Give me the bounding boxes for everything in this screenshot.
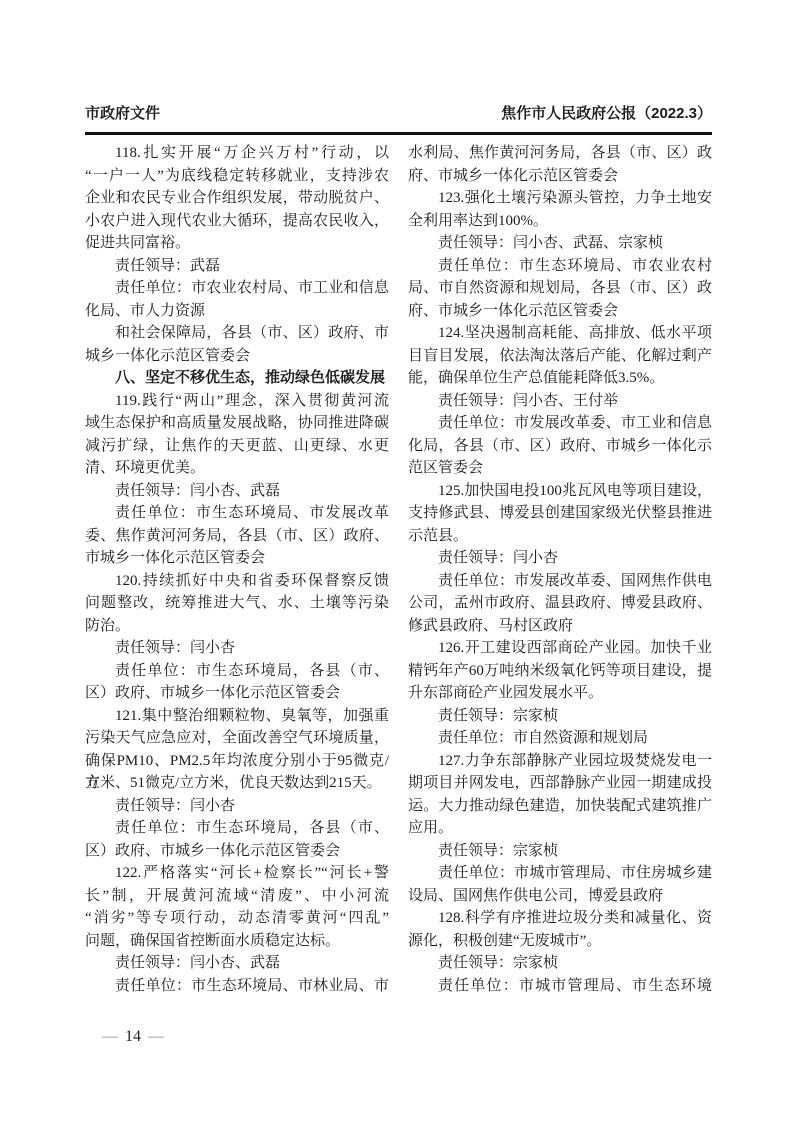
body-text-line: 市城乡一体化示范区管委会 — [85, 547, 389, 570]
body-text-line: 府、市城乡一体化示范区管委会 — [408, 165, 712, 188]
body-text-line: 能，确保单位生产总值能耗降低3.5%。 — [408, 367, 712, 390]
body-text-line: 121.集中整治细颗粒物、臭氧等，加强重 — [85, 705, 389, 728]
body-text-line: 减污扩绿，让焦作的天更蓝、山更绿、水更 — [85, 435, 389, 458]
page-content: 市政府文件 焦作市人民政府公报（2022.3） 118.扎实开展“万企兴万村”行… — [85, 104, 712, 997]
left-column: 118.扎实开展“万企兴万村”行动，以“一户一人”为底线稳定转移就业，支持涉农企… — [85, 142, 389, 997]
body-text-line: 化局、市人力资源 — [85, 300, 389, 323]
body-text-line: 责任领导：闫小杏 — [85, 795, 389, 818]
body-text-line: 124.坚决遏制高耗能、高排放、低水平项 — [408, 322, 712, 345]
body-text-line: 目盲目发展，依法淘汰落后产能、化解过剩产 — [408, 345, 712, 368]
page-number: 14 — [118, 1028, 148, 1045]
body-text-line: 示范县。 — [408, 525, 712, 548]
body-text-line: 127.力争东部静脉产业园垃圾焚烧发电一 — [408, 750, 712, 773]
body-text-line: 城乡一体化示范区管委会 — [85, 345, 389, 368]
body-text-line: 局、市自然资源和规划局，各县（市、区）政 — [408, 277, 712, 300]
body-text-line: 府、市城乡一体化示范区管委会 — [408, 300, 712, 323]
body-text-line: 企业和农民专业合作组织发展，带动脱贫户、 — [85, 187, 389, 210]
body-text-line: “消劣”等专项行动，动态清零黄河“四乱” — [85, 907, 389, 930]
body-text-line: 水利局、焦作黄河河务局，各县（市、区）政 — [408, 142, 712, 165]
body-text-line: 防治。 — [85, 615, 389, 638]
body-text-line: 责任领导：宗家桢 — [408, 705, 712, 728]
body-text-line: 促进共同富裕。 — [85, 232, 389, 255]
body-text-line: 清、环境更优美。 — [85, 457, 389, 480]
body-text-line: 化局，各县（市、区）政府、市城乡一体化示 — [408, 435, 712, 458]
body-text-line: 区）政府、市城乡一体化示范区管委会 — [85, 840, 389, 863]
body-text-line: 设局、国网焦作供电公司，博爱县政府 — [408, 885, 712, 908]
body-text-line: 责任单位：市发展改革委、市工业和信息 — [408, 412, 712, 435]
document-body: 118.扎实开展“万企兴万村”行动，以“一户一人”为底线稳定转移就业，支持涉农企… — [85, 142, 712, 997]
body-text-line: 区）政府、市城乡一体化示范区管委会 — [85, 682, 389, 705]
body-text-line: 期项目并网发电，西部静脉产业园一期建成投 — [408, 772, 712, 795]
body-text-line: 责任单位：市发展改革委、国网焦作供电 — [408, 570, 712, 593]
body-text-line: 120.持续抓好中央和省委环保督察反馈 — [85, 570, 389, 593]
body-text-line: 责任领导：闫小杏、武磊 — [85, 952, 389, 975]
body-text-line: 问题整改，统筹推进大气、水、土壤等污染 — [85, 592, 389, 615]
body-text-line: 升东部商砼产业园发展水平。 — [408, 682, 712, 705]
body-text-line: 责任领导：宗家桢 — [408, 840, 712, 863]
body-text-line: 责任领导：武磊 — [85, 255, 389, 278]
body-text-line: 责任单位：市生态环境局、市农业农村 — [408, 255, 712, 278]
body-text-line: 范区管委会 — [408, 457, 712, 480]
body-text-line: 责任单位：市生态环境局，各县（市、 — [85, 660, 389, 683]
body-text-line: 应用。 — [408, 817, 712, 840]
body-text-line: 和社会保障局，各县（市、区）政府、市 — [85, 322, 389, 345]
body-text-line: 确保PM10、PM2.5年均浓度分别小于95微克/立 — [85, 750, 389, 773]
footer-dash-left: — — [102, 1028, 118, 1045]
body-text-line: 方米、51微克/立方米，优良天数达到215天。 — [85, 772, 389, 795]
body-text-line: 污染天气应急应对，全面改善空气环境质量， — [85, 727, 389, 750]
header-right-title: 焦作市人民政府公报（2022.3） — [501, 104, 712, 123]
body-text-line: 119.践行“两山”理念，深入贯彻黄河流 — [85, 390, 389, 413]
body-text-line: 责任领导：闫小杏 — [85, 637, 389, 660]
body-text-line: “一户一人”为底线稳定转移就业，支持涉农 — [85, 165, 389, 188]
body-text-line: 责任单位：市城市管理局、市住房城乡建 — [408, 862, 712, 885]
page-header: 市政府文件 焦作市人民政府公报（2022.3） — [85, 104, 712, 135]
right-column: 水利局、焦作黄河河务局，各县（市、区）政府、市城乡一体化示范区管委会123.强化… — [408, 142, 712, 997]
body-text-line: 支持修武县、博爱县创建国家级光伏整县推进 — [408, 502, 712, 525]
body-text-line: 责任单位：市生态环境局，各县（市、 — [85, 817, 389, 840]
body-text-line: 责任单位：市自然资源和规划局 — [408, 727, 712, 750]
body-text-line: 责任单位：市农业农村局、市工业和信息 — [85, 277, 389, 300]
section-heading-line: 八、坚定不移优生态，推动绿色低碳发展 — [85, 367, 389, 390]
body-text-line: 责任单位：市生态环境局、市林业局、市 — [85, 975, 389, 998]
body-text-line: 责任领导：宗家桢 — [408, 952, 712, 975]
body-text-line: 123.强化土壤污染源头管控，力争土地安 — [408, 187, 712, 210]
body-text-line: 118.扎实开展“万企兴万村”行动，以 — [85, 142, 389, 165]
body-text-line: 精钙年产60万吨纳米级氧化钙等项目建设，提 — [408, 660, 712, 683]
body-text-line: 责任领导：闫小杏、武磊、宗家桢 — [408, 232, 712, 255]
body-text-line: 责任领导：闫小杏 — [408, 547, 712, 570]
body-text-line: 源化，积极创建“无废城市”。 — [408, 930, 712, 953]
gazette-page: 市政府文件 焦作市人民政府公报（2022.3） 118.扎实开展“万企兴万村”行… — [0, 0, 793, 1122]
body-text-line: 122.严格落实“河长+检察长”“河长+警 — [85, 862, 389, 885]
body-text-line: 问题，确保国省控断面水质稳定达标。 — [85, 930, 389, 953]
body-text-line: 运。大力推动绿色建造，加快装配式建筑推广 — [408, 795, 712, 818]
header-left-title: 市政府文件 — [85, 104, 160, 123]
body-text-line: 域生态保护和高质量发展战略，协同推进降碳 — [85, 412, 389, 435]
body-text-line: 责任领导：闫小杏、武磊 — [85, 480, 389, 503]
body-text-line: 责任单位：市生态环境局、市发展改革 — [85, 502, 389, 525]
body-text-line: 128.科学有序推进垃圾分类和减量化、资 — [408, 907, 712, 930]
body-text-line: 长”制，开展黄河流域“清废”、中小河流 — [85, 885, 389, 908]
body-text-line: 委、焦作黄河河务局，各县（市、区）政府、 — [85, 525, 389, 548]
body-text-line: 责任单位：市城市管理局、市生态环境 — [408, 975, 712, 998]
body-text-line: 公司，孟州市政府、温县政府、博爱县政府、 — [408, 592, 712, 615]
body-text-line: 全利用率达到100%。 — [408, 210, 712, 233]
body-text-line: 126.开工建设西部商砼产业园。加快千业 — [408, 637, 712, 660]
footer-dash-right: — — [148, 1028, 164, 1045]
page-footer: —14— — [102, 1026, 164, 1048]
body-text-line: 小农户进入现代农业大循环，提高农民收入， — [85, 210, 389, 233]
body-text-line: 责任领导：闫小杏、王付举 — [408, 390, 712, 413]
body-text-line: 修武县政府、马村区政府 — [408, 615, 712, 638]
body-text-line: 125.加快国电投100兆瓦风电等项目建设， — [408, 480, 712, 503]
